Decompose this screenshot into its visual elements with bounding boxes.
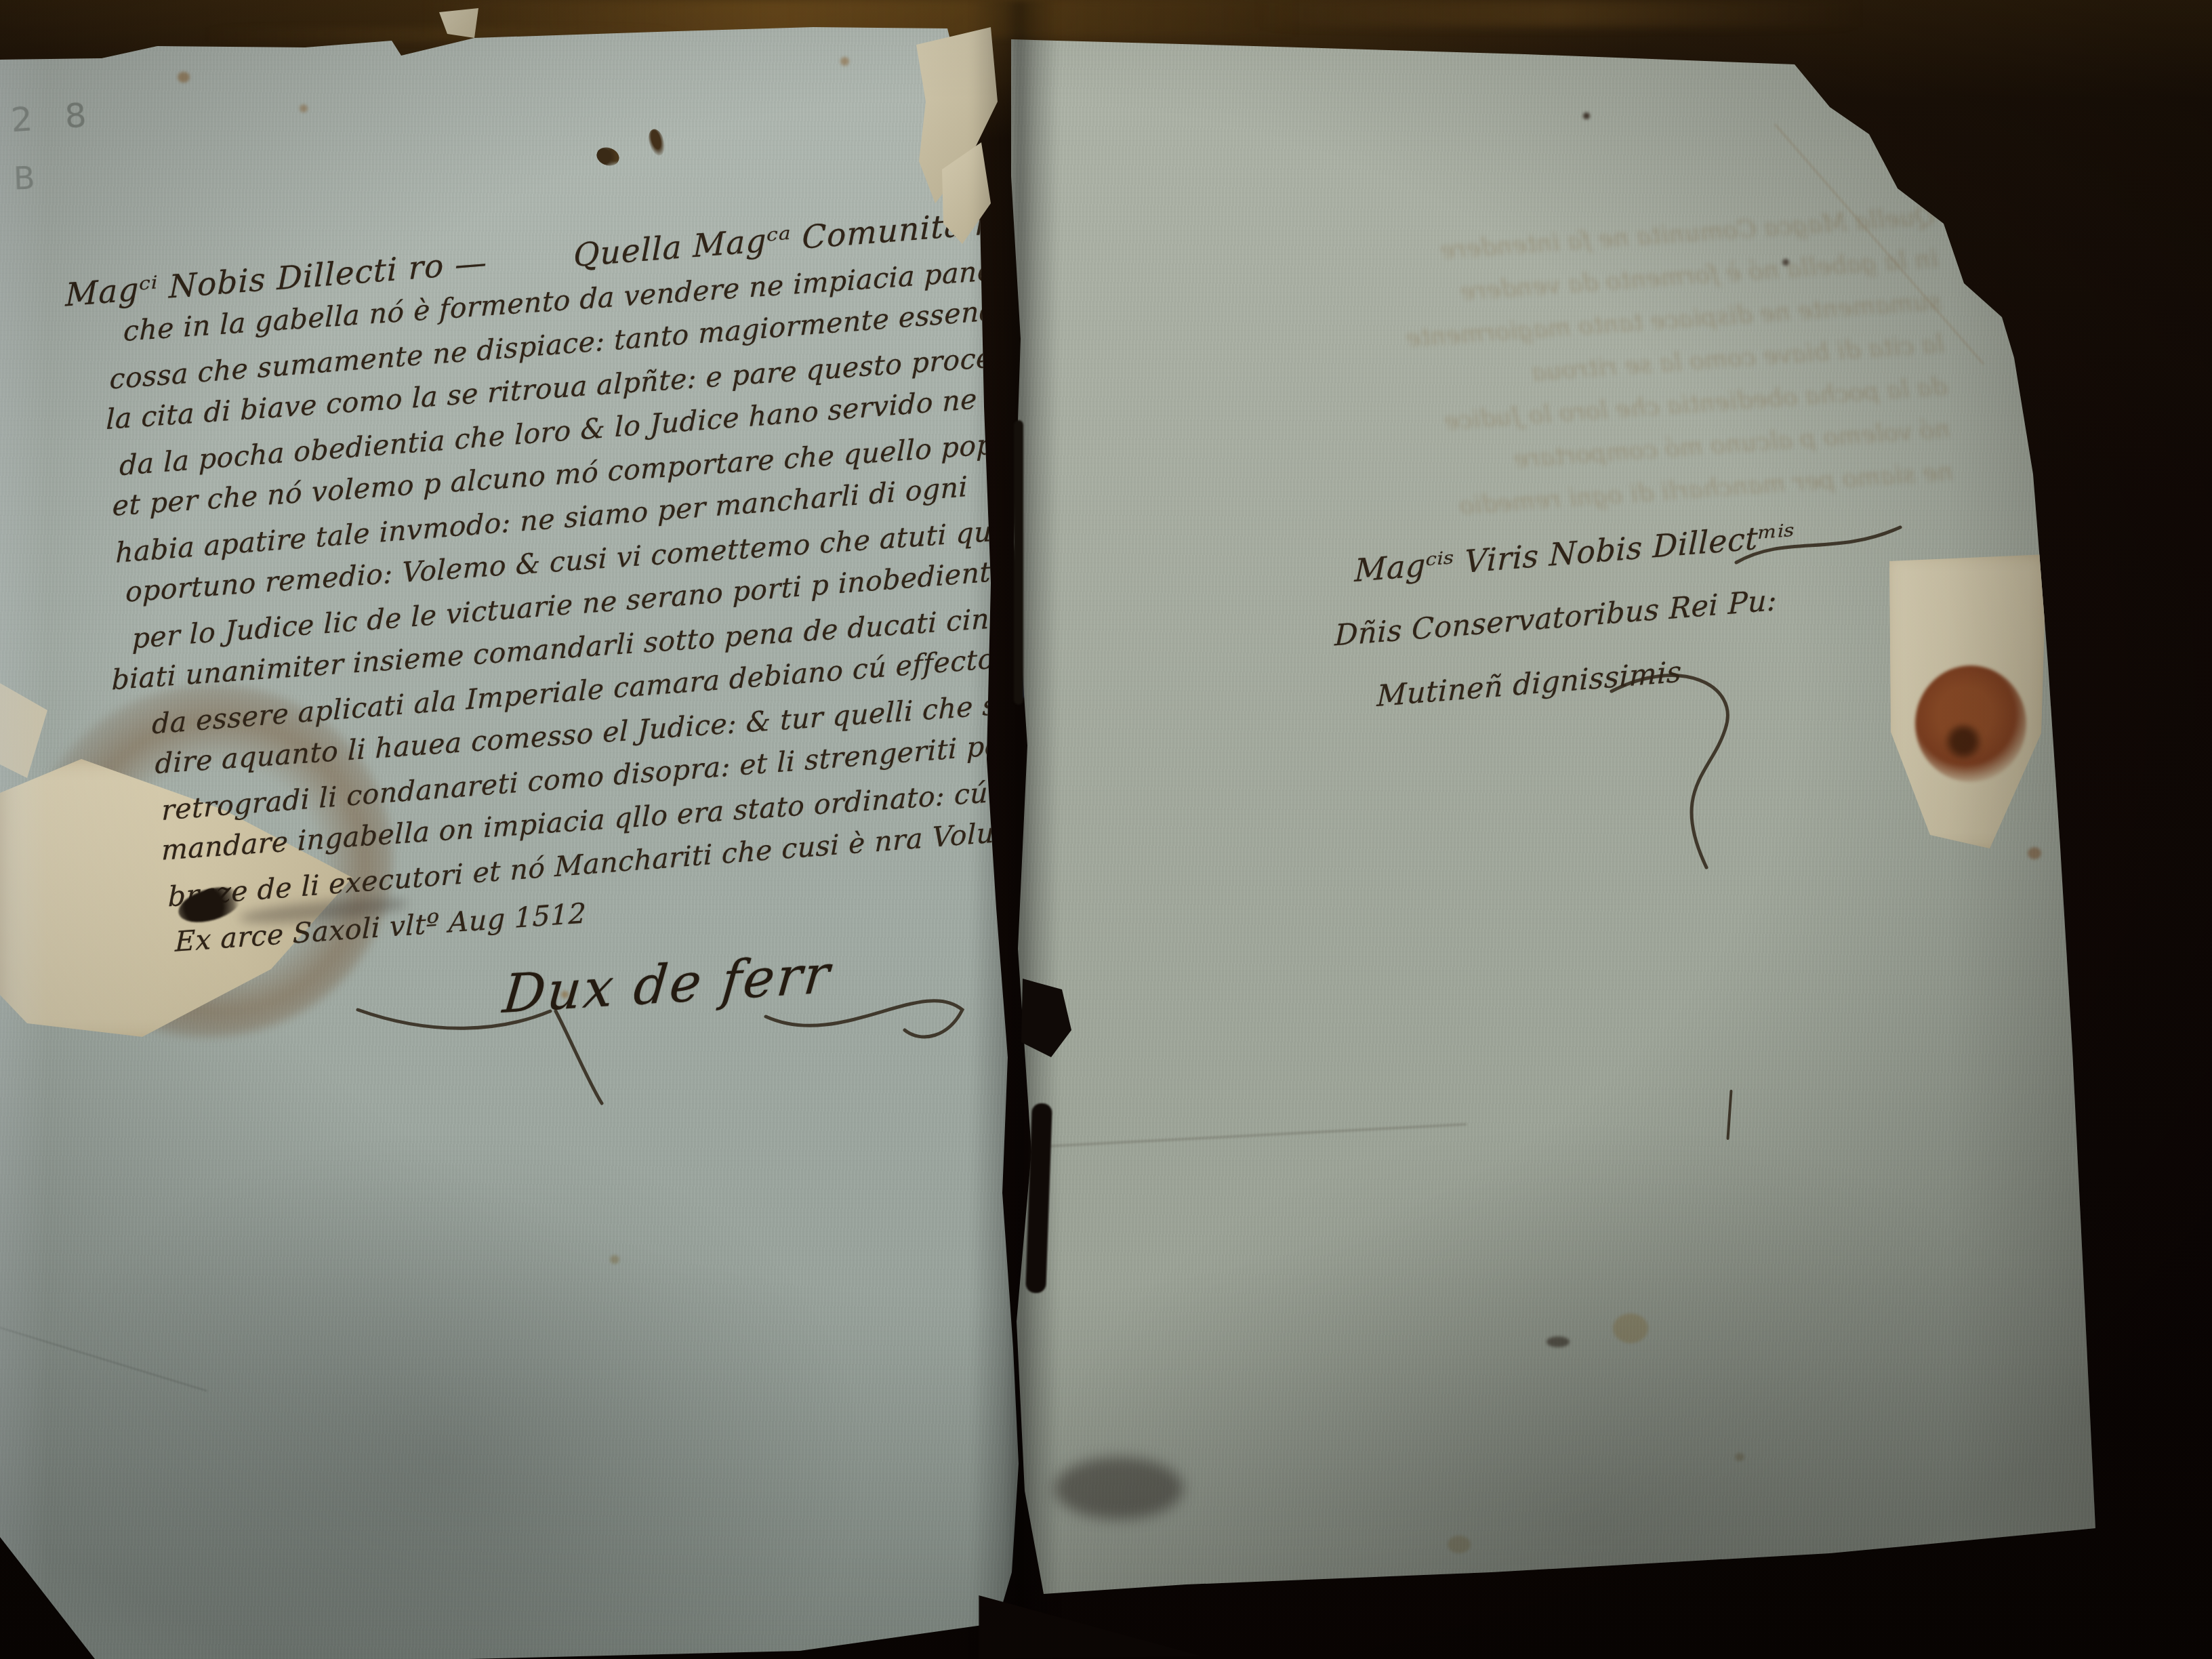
fold-tear — [979, 1589, 1202, 1659]
wood-grain-streak — [1254, 0, 1864, 27]
photo-backdrop: 2 8 B Magᶜⁱ Nobis Dillecti ro — Quella M… — [0, 0, 2212, 1659]
fold-tear — [1014, 420, 1023, 705]
